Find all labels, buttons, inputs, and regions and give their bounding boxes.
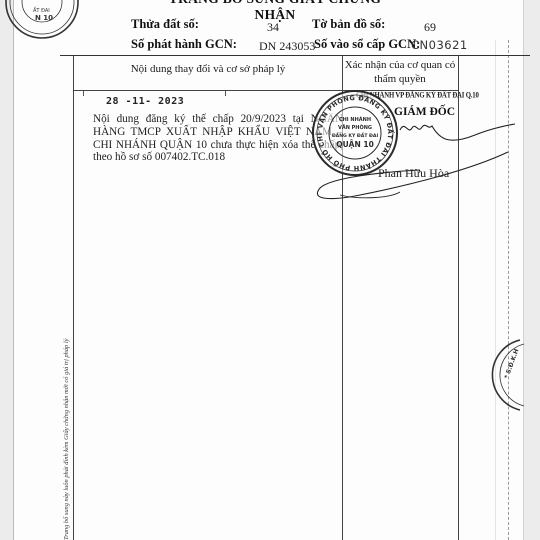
- date-stamp: 28 -11- 2023: [106, 96, 184, 107]
- parcel-value: 34: [267, 20, 279, 35]
- tick-mark: [83, 91, 84, 96]
- register-no-value: CN03621: [411, 38, 468, 52]
- map-sheet-label: Tờ bản đồ số:: [312, 17, 385, 32]
- column-header-confirmation: Xác nhận của cơ quan có thẩm quyền: [343, 58, 457, 86]
- edge-seal-icon: * S.Đ.K.H: [480, 335, 540, 415]
- issue-no-value: DN 243053: [259, 39, 315, 54]
- parcel-label: Thửa đất số:: [131, 17, 199, 32]
- svg-text:ẤT ĐAI: ẤT ĐAI: [33, 6, 50, 14]
- column-header-changes: Nội dung thay đổi và cơ sở pháp lý: [74, 63, 342, 75]
- register-no-label: Số vào sổ cấp GCN:: [314, 37, 420, 52]
- map-sheet-value: 69: [424, 20, 436, 35]
- svg-text:N 10: N 10: [35, 14, 53, 22]
- tick-mark: [225, 91, 226, 96]
- svg-text:* S.Đ.K.H: * S.Đ.K.H: [503, 348, 520, 380]
- side-note: Trang bổ sung này luôn phải đính kèm Giấ…: [63, 339, 70, 540]
- signature-icon: [300, 100, 520, 210]
- corner-seal-icon: N 10 ẤT ĐAI: [2, 0, 82, 42]
- issue-no-label: Số phát hành GCN:: [131, 37, 237, 52]
